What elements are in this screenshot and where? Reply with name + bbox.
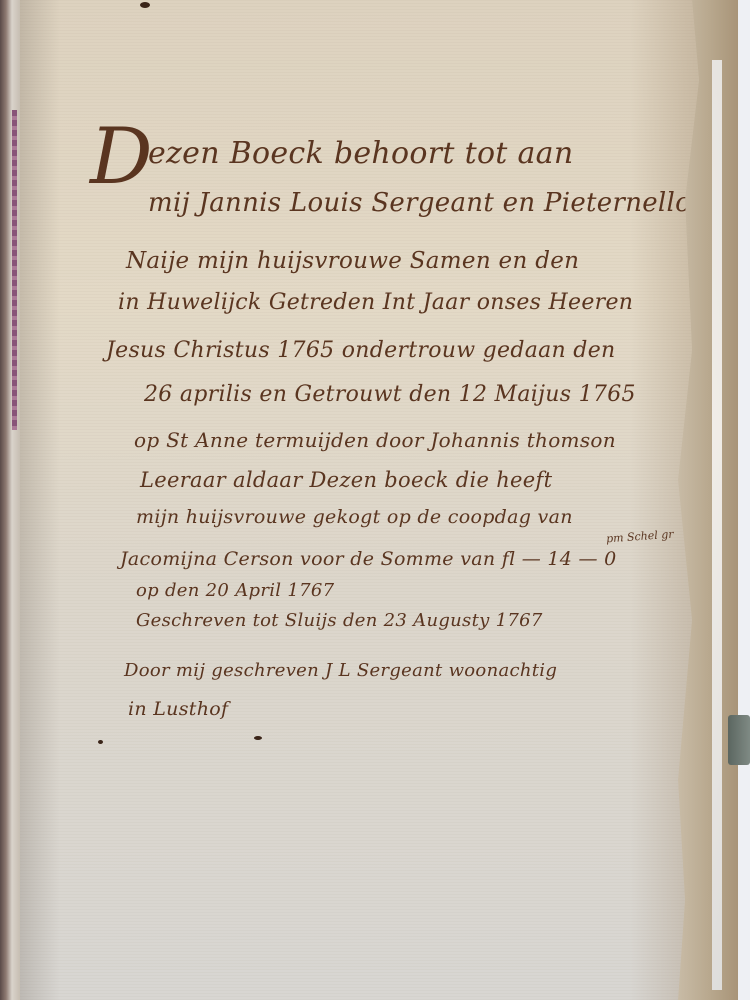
text-line-5: Jesus Christus 1765 ondertrouw gedaan de… xyxy=(106,338,615,363)
page-gap xyxy=(712,60,722,990)
book-binding xyxy=(0,0,20,1000)
text-line-14: in Lusthof xyxy=(128,698,228,720)
text-line-11: op den 20 April 1767 xyxy=(136,580,334,601)
photo-scene: D ezen Boeck behoort tot aan mij Jannis … xyxy=(0,0,750,1000)
metal-clip xyxy=(728,715,750,765)
handwritten-text: D ezen Boeck behoort tot aan mij Jannis … xyxy=(20,0,720,1000)
margin-note: pm Schel gr xyxy=(606,528,674,546)
text-line-3: Naije mijn huijsvrouwe Samen en den xyxy=(126,248,579,274)
text-line-8: Leeraar aldaar Dezen boeck die heeft xyxy=(140,468,552,492)
text-line-2: mij Jannis Louis Sergeant en Pieternello xyxy=(148,188,691,218)
text-line-10: Jacomijna Cerson voor de Somme van fl — … xyxy=(120,548,617,570)
document-page: D ezen Boeck behoort tot aan mij Jannis … xyxy=(20,0,720,1000)
drop-cap: D xyxy=(90,118,153,196)
text-line-12: Geschreven tot Sluijs den 23 Augusty 176… xyxy=(136,610,543,631)
text-line-7: op St Anne termuijden door Johannis thom… xyxy=(134,428,616,452)
text-line-9: mijn huijsvrouwe gekogt op de coopdag va… xyxy=(136,506,573,528)
binding-thread xyxy=(12,110,17,430)
text-line-6: 26 aprilis en Getrouwt den 12 Maijus 176… xyxy=(144,382,636,407)
text-line-13: Door mij geschreven J L Sergeant woonach… xyxy=(124,660,557,681)
text-line-1: ezen Boeck behoort tot aan xyxy=(148,136,574,171)
text-line-4: in Huwelijck Getreden Int Jaar onses Hee… xyxy=(118,290,633,315)
